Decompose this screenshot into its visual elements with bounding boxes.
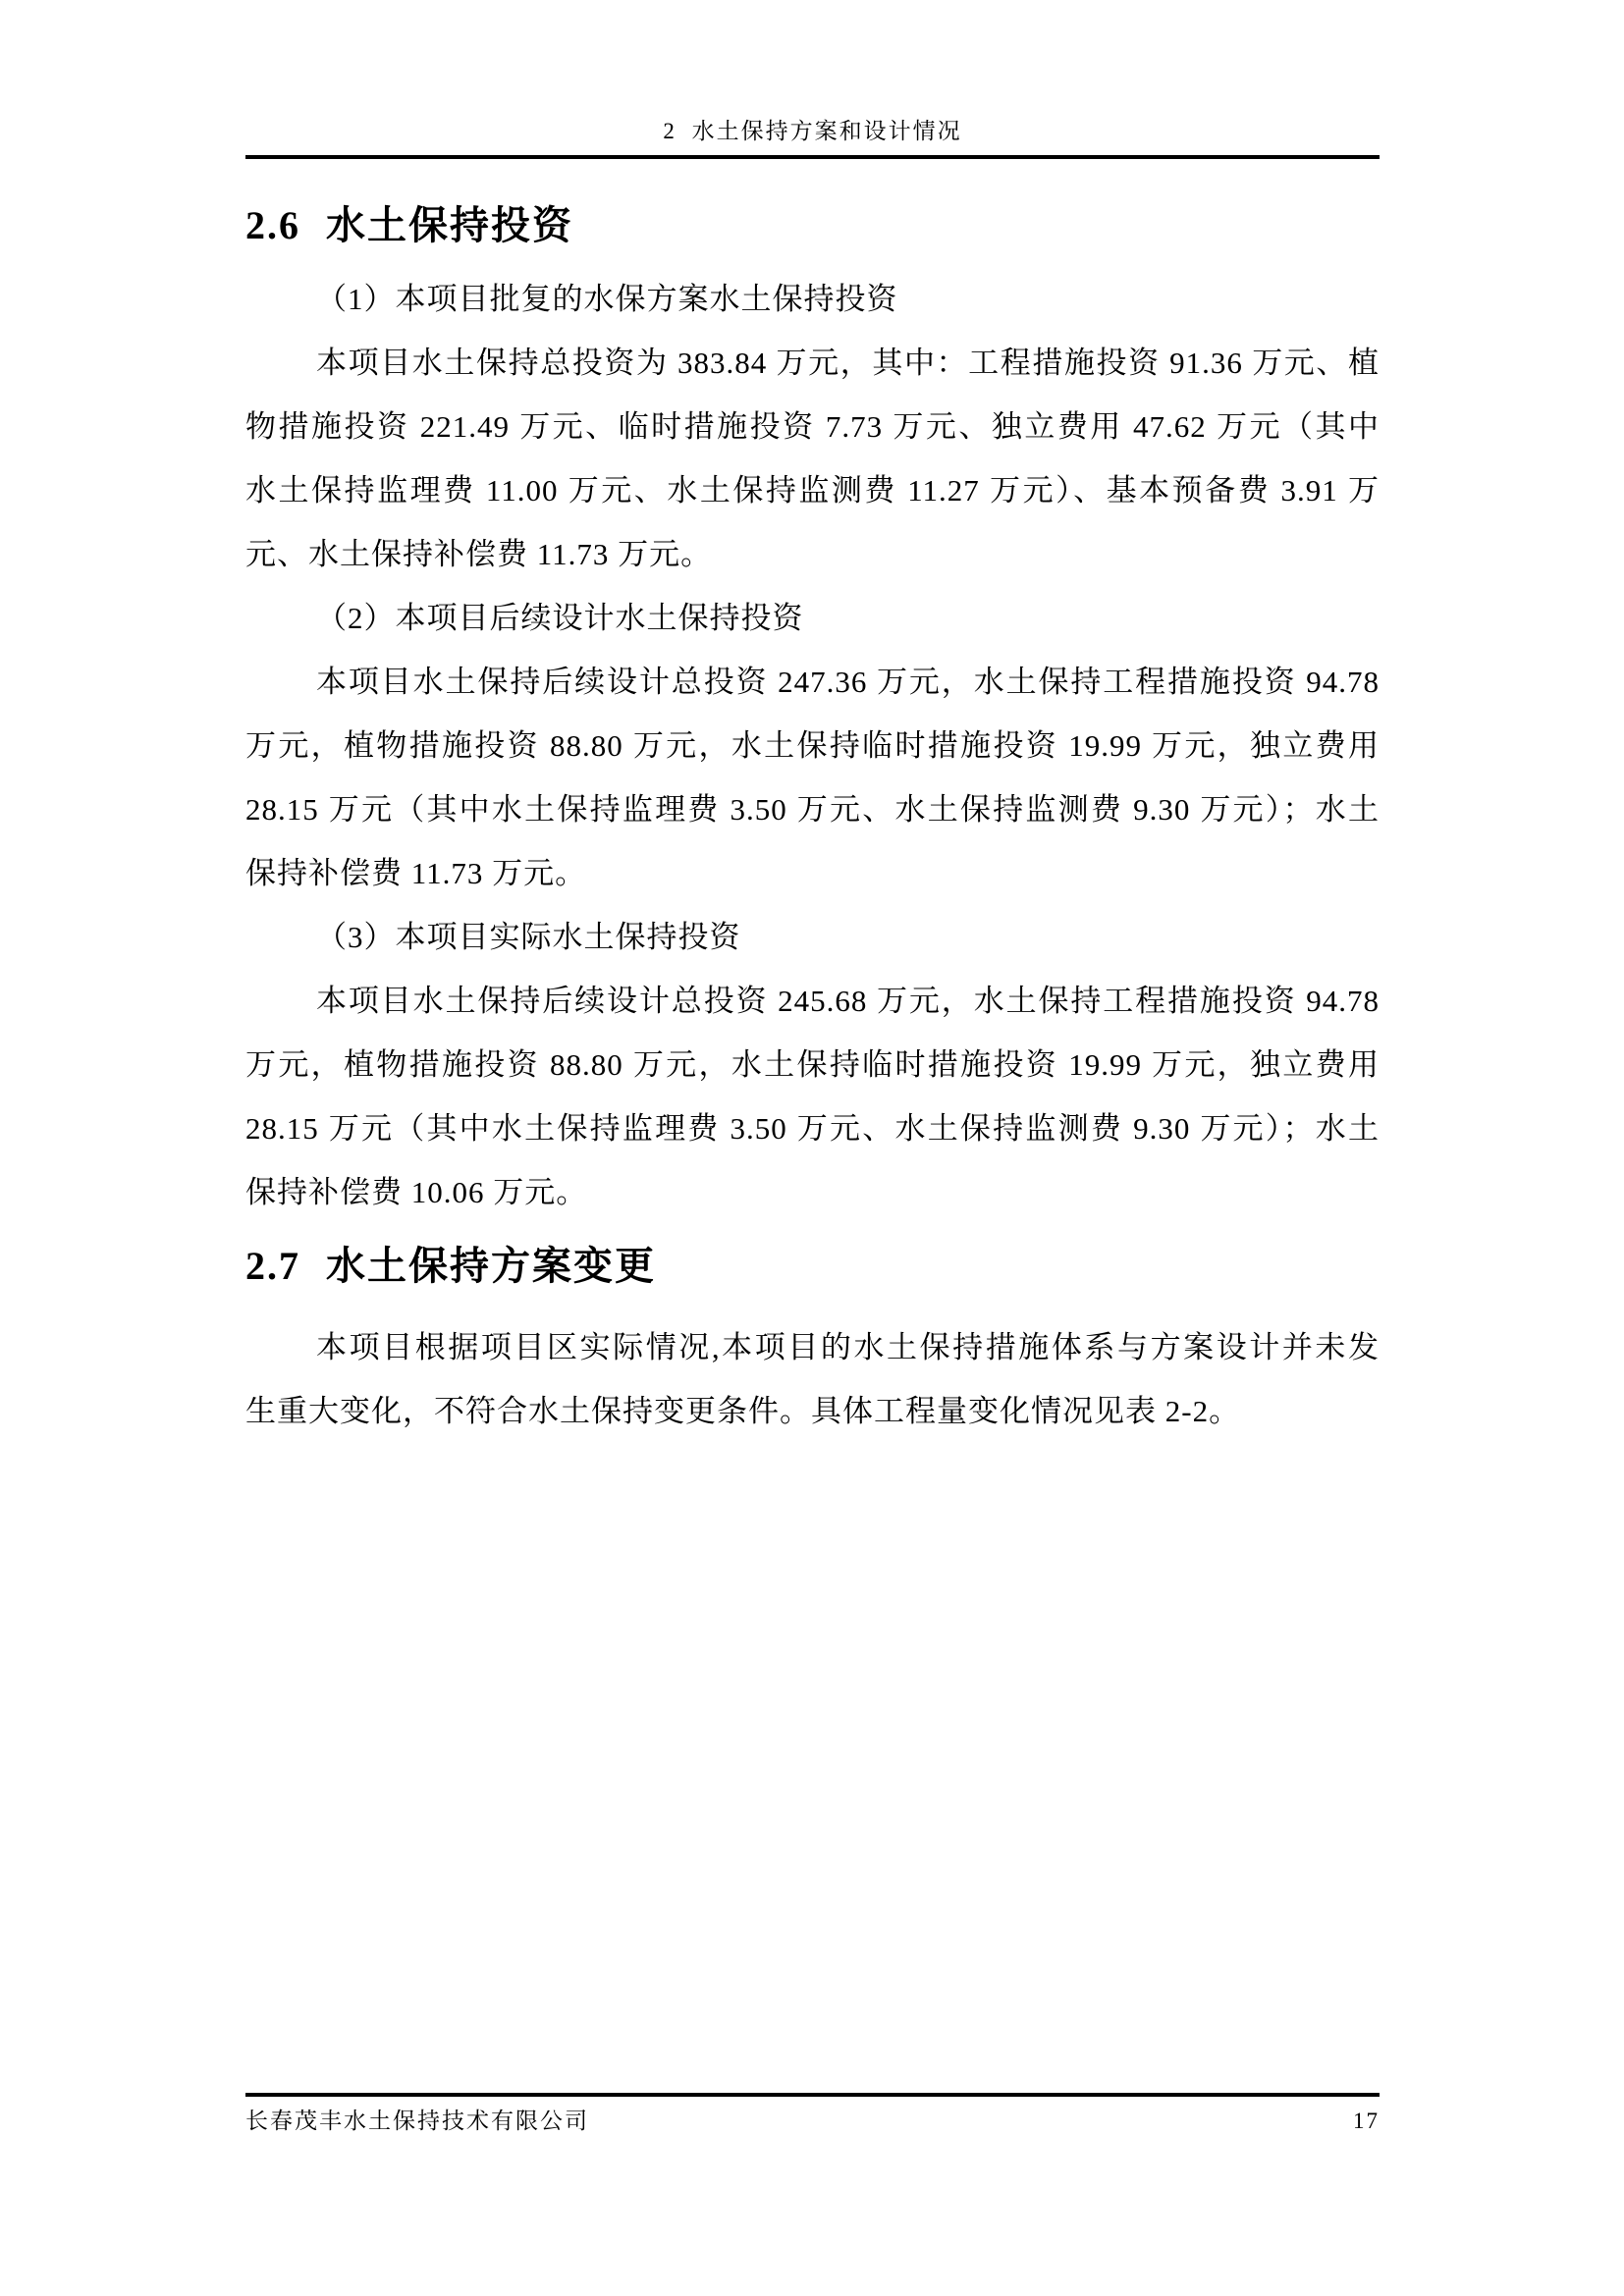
text-line: （1）本项目批复的水保方案水土保持投资 [245,267,1380,331]
page-footer: 长春茂丰水土保持技术有限公司 17 [245,2107,1380,2136]
paragraph: （1）本项目批复的水保方案水土保持投资 [245,267,1380,331]
text-line: 28.15 万元（其中水土保持监理费 3.50 万元、水土保持监测费 9.30 … [245,1096,1380,1160]
text-line: 28.15 万元（其中水土保持监理费 3.50 万元、水土保持监测费 9.30 … [245,777,1380,841]
text-line: 万元，植物措施投资 88.80 万元，水土保持临时措施投资 19.99 万元，独… [245,714,1380,777]
paragraph: 本项目水土保持后续设计总投资 247.36 万元，水土保持工程措施投资 94.7… [245,650,1380,905]
text-line: 水土保持监理费 11.00 万元、水土保持监测费 11.27 万元）、基本预备费… [245,458,1380,522]
footer-rule [245,2093,1380,2097]
text-line: 保持补偿费 11.73 万元。 [245,841,1380,905]
paragraph: （2）本项目后续设计水土保持投资 [245,586,1380,650]
text-line: 物措施投资 221.49 万元、临时措施投资 7.73 万元、独立费用 47.6… [245,395,1380,458]
paragraph: 本项目水土保持总投资为 383.84 万元，其中：工程措施投资 91.36 万元… [245,331,1380,586]
text-line: 本项目水土保持后续设计总投资 247.36 万元，水土保持工程措施投资 94.7… [245,650,1380,714]
text-line: 保持补偿费 10.06 万元。 [245,1160,1380,1224]
footer-company: 长春茂丰水土保持技术有限公司 [245,2107,589,2136]
text-line: 本项目水土保持后续设计总投资 245.68 万元，水土保持工程措施投资 94.7… [245,969,1380,1033]
paragraph: （3）本项目实际水土保持投资 [245,905,1380,969]
paragraph: 本项目根据项目区实际情况,本项目的水土保持措施体系与方案设计并未发 生重大变化，… [245,1315,1380,1443]
section-heading-2-6: 2.6 水土保持投资 [245,200,1380,251]
text-line: （2）本项目后续设计水土保持投资 [245,586,1380,650]
section-heading-2-7: 2.7 水土保持方案变更 [245,1241,1380,1292]
text-line: 万元，植物措施投资 88.80 万元，水土保持临时措施投资 19.99 万元，独… [245,1033,1380,1096]
text-line: 生重大变化，不符合水土保持变更条件。具体工程量变化情况见表 2-2。 [245,1379,1380,1443]
footer-page-number: 17 [1353,2107,1380,2136]
document-body: 2.6 水土保持投资 （1）本项目批复的水保方案水土保持投资 本项目水土保持总投… [245,200,1380,1443]
paragraph: 本项目水土保持后续设计总投资 245.68 万元，水土保持工程措施投资 94.7… [245,969,1380,1224]
text-line: 本项目根据项目区实际情况,本项目的水土保持措施体系与方案设计并未发 [245,1315,1380,1379]
page-header-title: 2 水土保持方案和设计情况 [245,118,1380,145]
text-line: 本项目水土保持总投资为 383.84 万元，其中：工程措施投资 91.36 万元… [245,331,1380,395]
header-rule [245,155,1380,159]
text-line: 元、水土保持补偿费 11.73 万元。 [245,522,1380,586]
text-line: （3）本项目实际水土保持投资 [245,905,1380,969]
